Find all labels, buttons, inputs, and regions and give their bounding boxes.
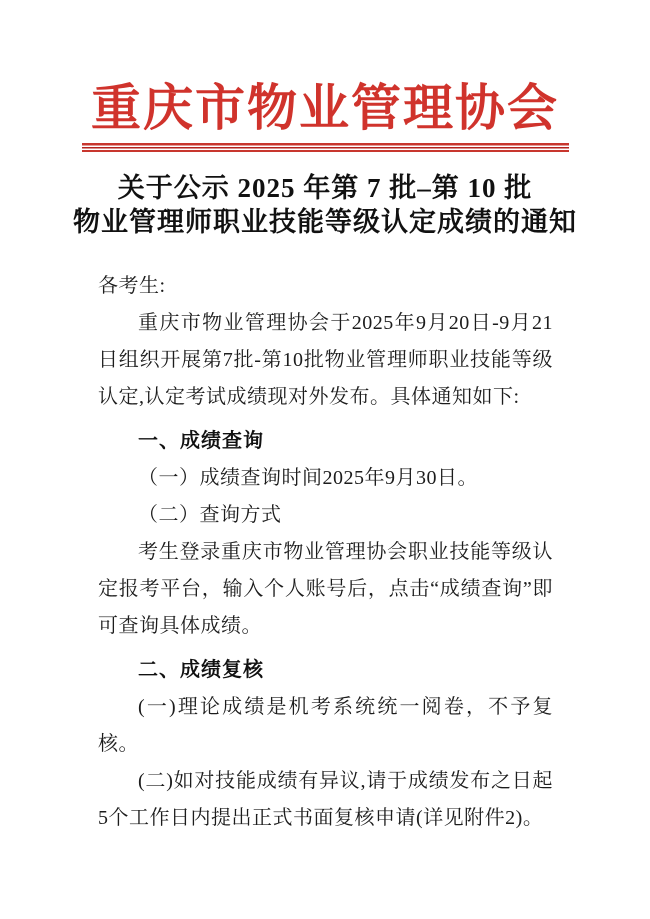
masthead-divider-rule	[82, 143, 569, 152]
salutation: 各考生:	[98, 268, 553, 305]
section-1-paragraph-platform: 考生登录重庆市物业管理协会职业技能等级认定报考平台，输入个人账号后，点击“成绩查…	[98, 534, 553, 645]
section-2-paragraph-review-request: (二)如对技能成绩有异议,请于成绩发布之日起5个工作日内提出正式书面复核申请(详…	[98, 763, 553, 837]
notice-body: 各考生: 重庆市物业管理协会于2025年9月20日-9月21日组织开展第7批-第…	[98, 268, 553, 837]
doc-title: 关于公示 2025 年第 7 批–第 10 批 物业管理师职业技能等级认定成绩的…	[0, 171, 650, 239]
section-2-heading: 二、成绩复核	[98, 652, 553, 689]
section-1-paragraph-query-method: （二）查询方式	[98, 497, 553, 534]
section-2-paragraph-theory: (一)理论成绩是机考系统统一阅卷，不予复核。	[98, 689, 553, 763]
section-1-paragraph-query-time: （一）成绩查询时间2025年9月30日。	[98, 460, 553, 497]
org-masthead-title: 重庆市物业管理协会	[0, 80, 650, 136]
doc-title-line2: 物业管理师职业技能等级认定成绩的通知	[0, 205, 650, 239]
section-1-heading: 一、成绩查询	[98, 423, 553, 460]
intro-paragraph: 重庆市物业管理协会于2025年9月20日-9月21日组织开展第7批-第10批物业…	[98, 305, 553, 416]
doc-title-line1: 关于公示 2025 年第 7 批–第 10 批	[0, 171, 650, 205]
notice-document-page: 重庆市物业管理协会 关于公示 2025 年第 7 批–第 10 批 物业管理师职…	[0, 0, 650, 919]
